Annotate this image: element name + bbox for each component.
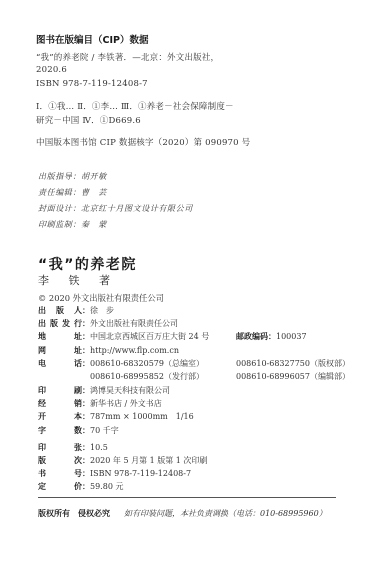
info-printer: 印 刷：鸿博昊天科技有限公司	[38, 385, 170, 397]
info-label: 电 话	[38, 358, 82, 370]
website-link[interactable]: http://www.flp.com.cn	[90, 346, 179, 355]
info-value: 中国北京西城区百万庄大街 24 号	[90, 332, 209, 341]
staff-value: 北京红十月图文设计有限公司	[81, 204, 193, 213]
info-value: 787mm × 1000mm 1/16	[90, 412, 194, 421]
book-author: 李 铁 著	[38, 272, 118, 288]
info-address: 地 址：中国北京西城区百万庄大街 24 号	[38, 331, 209, 343]
info-format: 开 本：787mm × 1000mm 1/16	[38, 411, 194, 423]
info-value: 外文出版社有限责任公司	[90, 319, 178, 328]
book-title: “我”的养老院	[38, 254, 137, 274]
replacement-notice: 如有印装问题，本社负责调换（电话：010-68995960）	[124, 509, 327, 518]
info-label: 经 销	[38, 398, 82, 410]
cip-line-classification: 研究－中国 Ⅳ．①D669.6	[36, 114, 141, 126]
info-isbn: 书 号：ISBN 978-7-119-12408-7	[38, 468, 191, 480]
staff-value: 秦 蒙	[81, 220, 107, 229]
info-word-count: 字 数：70 千字	[38, 425, 119, 437]
info-edition: 版 次：2020 年 5 月第 1 版第 1 次印刷	[38, 455, 207, 467]
info-label: 网 址	[38, 345, 82, 357]
staff-label: 封面设计	[38, 204, 72, 213]
cip-line-subjects: Ⅰ．①我… Ⅱ．①李… Ⅲ．①养老－社会保障制度－	[36, 100, 234, 112]
info-label: 出版发行	[38, 318, 82, 330]
staff-print-supervision: 印刷监制：秦 蒙	[38, 219, 107, 230]
info-value: 008610-68320579（总编室）	[90, 359, 204, 368]
postal-code: 邮政编码：100037	[236, 331, 307, 342]
staff-label: 出版指导	[38, 172, 72, 181]
postal-value: 100037	[276, 332, 307, 341]
info-publisher: 出版发行：外文出版社有限责任公司	[38, 318, 178, 330]
info-distributor: 经 销：新华书店 / 外文书店	[38, 398, 162, 410]
info-value: 70 千字	[90, 426, 119, 435]
staff-cover-design: 封面设计：北京红十月图文设计有限公司	[38, 203, 193, 214]
info-value: 徐 步	[90, 306, 114, 315]
info-website: 网 址：http://www.flp.com.cn	[38, 345, 179, 357]
info-sheets: 印 张：10.5	[38, 442, 108, 454]
info-label: 定 价	[38, 481, 82, 493]
info-label: 版 次	[38, 455, 82, 467]
info-label: 出 版 人	[38, 305, 82, 317]
info-value: 2020 年 5 月第 1 版第 1 次印刷	[90, 456, 207, 465]
info-phone-2: ：008610-68995852（发行部）	[38, 371, 204, 383]
info-label: 地 址	[38, 331, 82, 343]
info-publisher-person: 出 版 人：徐 步	[38, 305, 114, 317]
info-value: 新华书店 / 外文书店	[90, 399, 162, 408]
copyright-page: 图书在版编目（CIP）数据 “我”的养老院 / 李铁著．—北京：外文出版社， 2…	[0, 0, 375, 568]
cip-line-date: 2020.6	[36, 65, 67, 75]
copyright-line: © 2020 外文出版社有限责任公司	[38, 292, 164, 304]
cip-verification: 中国版本图书馆 CIP 数据核字（2020）第 090970 号	[36, 136, 250, 148]
rights-reserved: 版权所有 侵权必究	[38, 509, 110, 518]
info-label: 书 号	[38, 468, 82, 480]
info-value: ISBN 978-7-119-12408-7	[90, 469, 191, 478]
postal-label: 邮政编码	[236, 332, 268, 341]
staff-value: 曹 芸	[81, 188, 107, 197]
staff-label: 责任编辑	[38, 188, 72, 197]
info-label: 字 数	[38, 425, 82, 437]
cip-line-isbn: ISBN 978-7-119-12408-7	[36, 79, 148, 89]
phone-editorial-dept: 008610-68996057（编辑部）	[236, 371, 350, 382]
info-value: 59.80 元	[90, 482, 123, 491]
staff-value: 胡开敏	[81, 172, 107, 181]
staff-label: 印刷监制	[38, 220, 72, 229]
info-label: 印 刷	[38, 385, 82, 397]
info-price: 定 价：59.80 元	[38, 481, 123, 493]
info-value: 10.5	[90, 443, 108, 452]
info-phone: 电 话：008610-68320579（总编室）	[38, 358, 204, 370]
staff-responsible-editor: 责任编辑：曹 芸	[38, 187, 107, 198]
info-label: 开 本	[38, 411, 82, 423]
cip-heading: 图书在版编目（CIP）数据	[36, 32, 148, 46]
staff-publishing-guidance: 出版指导：胡开敏	[38, 171, 107, 182]
info-label: 印 张	[38, 442, 82, 454]
phone-copyright-dept: 008610-68327750（版权部）	[236, 358, 350, 369]
info-value: 008610-68995852（发行部）	[90, 372, 204, 381]
cip-line-title: “我”的养老院 / 李铁著．—北京：外文出版社，	[36, 51, 219, 63]
footer: 版权所有 侵权必究如有印装问题，本社负责调换（电话：010-68995960）	[38, 508, 327, 519]
info-value: 鸿博昊天科技有限公司	[90, 386, 170, 395]
divider	[38, 497, 336, 498]
